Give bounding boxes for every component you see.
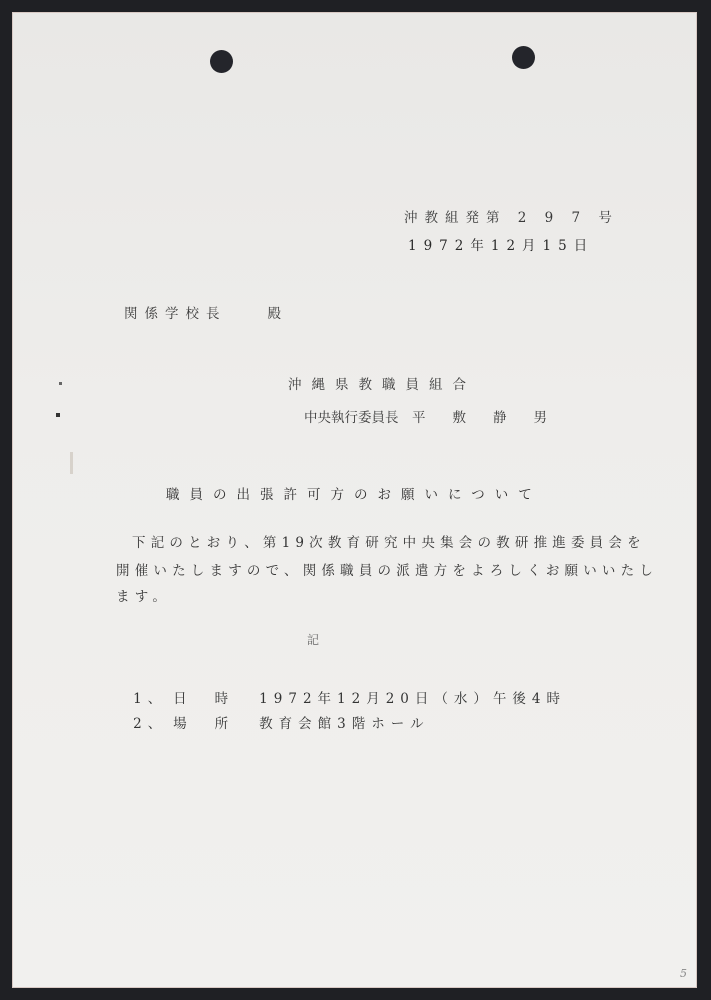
punch-hole [512,46,535,69]
sender-title-name: 中央執行委員長 平 敷 静 男 [304,406,547,426]
ink-speck [56,413,60,417]
reference-number: 沖教組発第 2 9 7 号 [404,206,619,226]
body-line: 開催いたしますので、関係職員の派遣方をよろしくお願いいたし [116,559,658,579]
document-date: 1972年12月15日 [408,234,594,254]
item-label: 場所 [173,712,259,732]
ink-speck [59,382,62,385]
body-line: ます。 [116,585,171,605]
body-line: 下記のとおり、第19次教育研究中央集会の教研推進委員会を [132,531,646,551]
subject-title: 職員の出張許可方のお願いについて [166,483,542,503]
list-item: 2、場所教育会館3階ホール [116,696,430,748]
document-page: 沖教組発第 2 9 7 号 1972年12月15日 関係学校長 殿 沖縄県教職員… [12,12,697,988]
sender-organization: 沖縄県教職員組合 [288,373,476,393]
paper-stain [70,452,73,474]
punch-hole [210,50,233,73]
item-number: 2、 [133,712,173,732]
ki-heading: 記 [307,631,319,648]
page-number: 5 [680,967,687,980]
item-value: 教育会館3階ホール [259,712,429,732]
addressee: 関係学校長 殿 [124,302,288,322]
